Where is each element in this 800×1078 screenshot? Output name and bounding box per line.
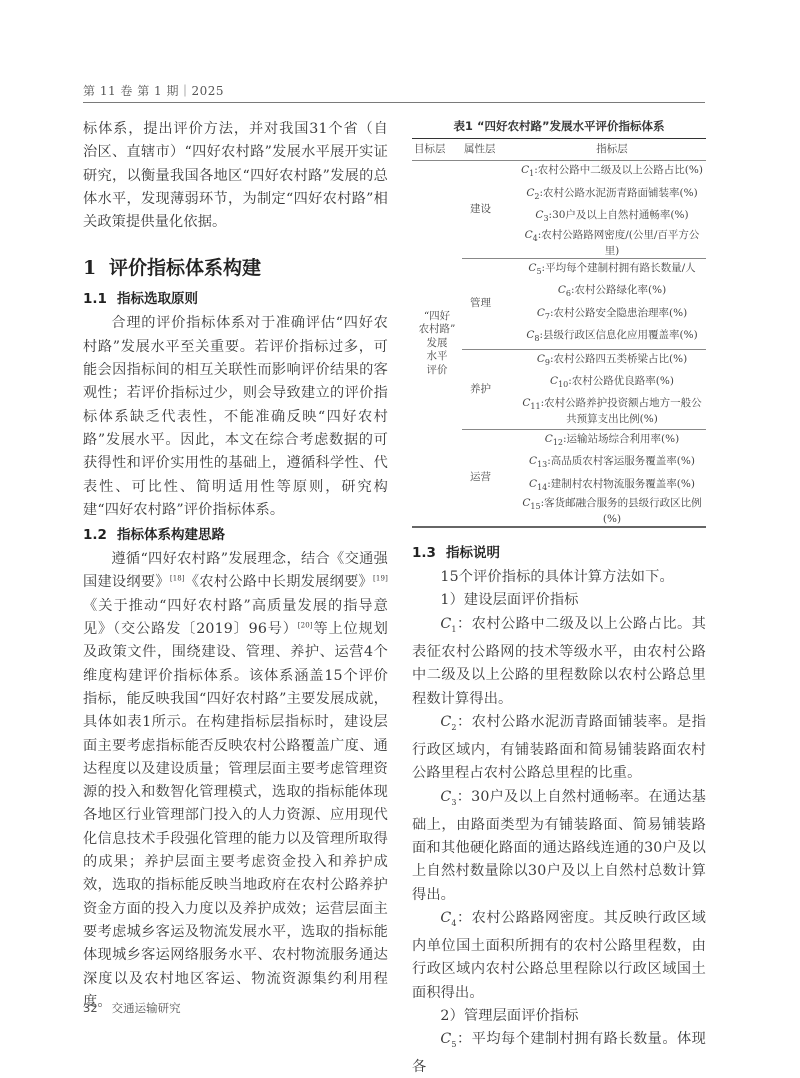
page-footer: 32交通运输研究 <box>83 1000 181 1016</box>
goal-line: 发展 <box>414 337 460 351</box>
indicator-c3: C3:30户及以上自然村通畅率(%) <box>518 206 706 229</box>
goal-line: 农村路” <box>414 323 460 337</box>
c2-description: C2：农村公路水泥沥青路面铺装率。是指行政区域内，有铺装路面和简易铺装路面农村公… <box>412 711 706 786</box>
c3-description: C3：30户及以上自然村通畅率。在通达基础上，由路面类型为有铺装路面、简易铺装路… <box>412 786 706 907</box>
subsection-number: 1.3 <box>412 542 446 564</box>
c1-description: C1：农村公路中二级及以上公路占比。其表征农村公路网的技术等级水平，由农村公路中… <box>412 613 706 711</box>
subsection-number: 1.2 <box>83 524 117 546</box>
section-title: 评价指标体系构建 <box>109 257 261 279</box>
indicator-c11: C11:农村公路养护投资额占地方一般公共预算支出比例(%) <box>518 395 706 430</box>
indicator-c15: C15:客货邮融合服务的县级行政区比例(%) <box>518 497 706 527</box>
paragraph-1-1: 合理的评价指标体系对于准确评估“四好农村路”发展水平至关重要。若评价指标过多，可… <box>83 312 388 522</box>
construction-indicators-heading: 1）建设层面评价指标 <box>412 589 706 612</box>
header-divider <box>83 102 705 103</box>
indicator-c7: C7:农村公路安全隐患治理率(%) <box>518 304 706 327</box>
text-run: 等上位规划及政策文件，围绕建设、管理、养护、运营4个维度构建评价指标体系。该体系… <box>83 621 388 1010</box>
citation-19[interactable]: [19] <box>373 575 388 583</box>
citation-18[interactable]: [18] <box>170 575 185 583</box>
subsection-title: 指标说明 <box>446 545 500 561</box>
paragraph-1-2: 遵循“四好农村路”发展理念，结合《交通强国建设纲要》[18]《农村公路中长期发展… <box>83 548 388 1014</box>
subsection-heading-1-3: 1.3指标说明 <box>412 542 706 564</box>
indicators-intro: 15个评价指标的具体计算方法如下。 <box>412 566 706 589</box>
indicator-c12: C12:运输站场综合利用率(%) <box>518 429 706 452</box>
indicator-c1: C1:农村公路中二级及以上公路占比(%) <box>518 161 706 184</box>
goal-layer-cell: “四好 农村路” 发展 水平 评价 <box>412 161 462 528</box>
header-attribute-layer: 属性层 <box>462 139 518 161</box>
subsection-title: 指标体系构建思路 <box>117 527 225 543</box>
indicator-c4: C4:农村公路路网密度/(公里/百平方公里) <box>518 229 706 259</box>
left-column: 标体系，提出评价方法，并对我国31个省（自治区、直辖市）“四好农村路”发展水平展… <box>83 118 388 1014</box>
subsection-number: 1.1 <box>83 288 117 310</box>
indicator-c8: C8:县级行政区信息化应用覆盖率(%) <box>518 326 706 349</box>
header-goal-layer: 目标层 <box>412 139 462 161</box>
subsection-heading-1-2: 1.2指标体系构建思路 <box>83 524 388 546</box>
goal-line: 评价 <box>414 364 460 378</box>
text-run: 《农村公路中长期发展纲要》 <box>185 574 373 590</box>
indicator-c2: C2:农村公路水泥沥青路面铺装率(%) <box>518 184 706 207</box>
attribute-management: 管理 <box>462 258 518 349</box>
journal-name: 交通运输研究 <box>112 1001 181 1015</box>
indicator-c9: C9:农村公路四五类桥梁占比(%) <box>518 349 706 372</box>
attribute-maintenance: 养护 <box>462 349 518 429</box>
management-indicators-heading: 2）管理层面评价指标 <box>412 1005 706 1028</box>
citation-20[interactable]: [20] <box>298 621 313 629</box>
indicator-c5: C5:平均每个建制村拥有路长数量/人 <box>518 258 706 281</box>
attribute-operation: 运营 <box>462 429 518 527</box>
running-head: 第 11 卷 第 1 期｜2025 <box>83 82 224 99</box>
header-indicator-layer: 指标层 <box>518 139 706 161</box>
indicator-c13: C13:高品质农村客运服务覆盖率(%) <box>518 452 706 475</box>
indicator-c14: C14:建制村农村物流服务覆盖率(%) <box>518 475 706 498</box>
section-heading-1: 1评价指标体系构建 <box>83 256 388 280</box>
subsection-title: 指标选取原则 <box>117 291 198 307</box>
indicator-c10: C10:农村公路优良路率(%) <box>518 372 706 395</box>
indicator-c6: C6:农村公路绿化率(%) <box>518 281 706 304</box>
table-caption: 表1 “四好农村路”发展水平评价指标体系 <box>412 118 706 134</box>
spacer <box>412 528 706 540</box>
goal-line: 水平 <box>414 350 460 364</box>
right-column: 表1 “四好农村路”发展水平评价指标体系 目标层 属性层 指标层 “四好 农村路… <box>412 118 706 1078</box>
intro-paragraph: 标体系，提出评价方法，并对我国31个省（自治区、直辖市）“四好农村路”发展水平展… <box>83 118 388 234</box>
section-number: 1 <box>83 256 109 280</box>
c4-description: C4：农村公路路网密度。其反映行政区域内单位国土面积所拥有的农村公路里程数，由行… <box>412 907 706 1005</box>
c5-description: C5：平均每个建制村拥有路长数量。体现各 <box>412 1028 706 1078</box>
indicator-table: 目标层 属性层 指标层 “四好 农村路” 发展 水平 评价 建设 C1:农村公路… <box>412 138 706 528</box>
page-number: 32 <box>83 1001 98 1015</box>
subsection-heading-1-1: 1.1指标选取原则 <box>83 288 388 310</box>
attribute-construction: 建设 <box>462 161 518 259</box>
goal-line: “四好 <box>414 310 460 324</box>
